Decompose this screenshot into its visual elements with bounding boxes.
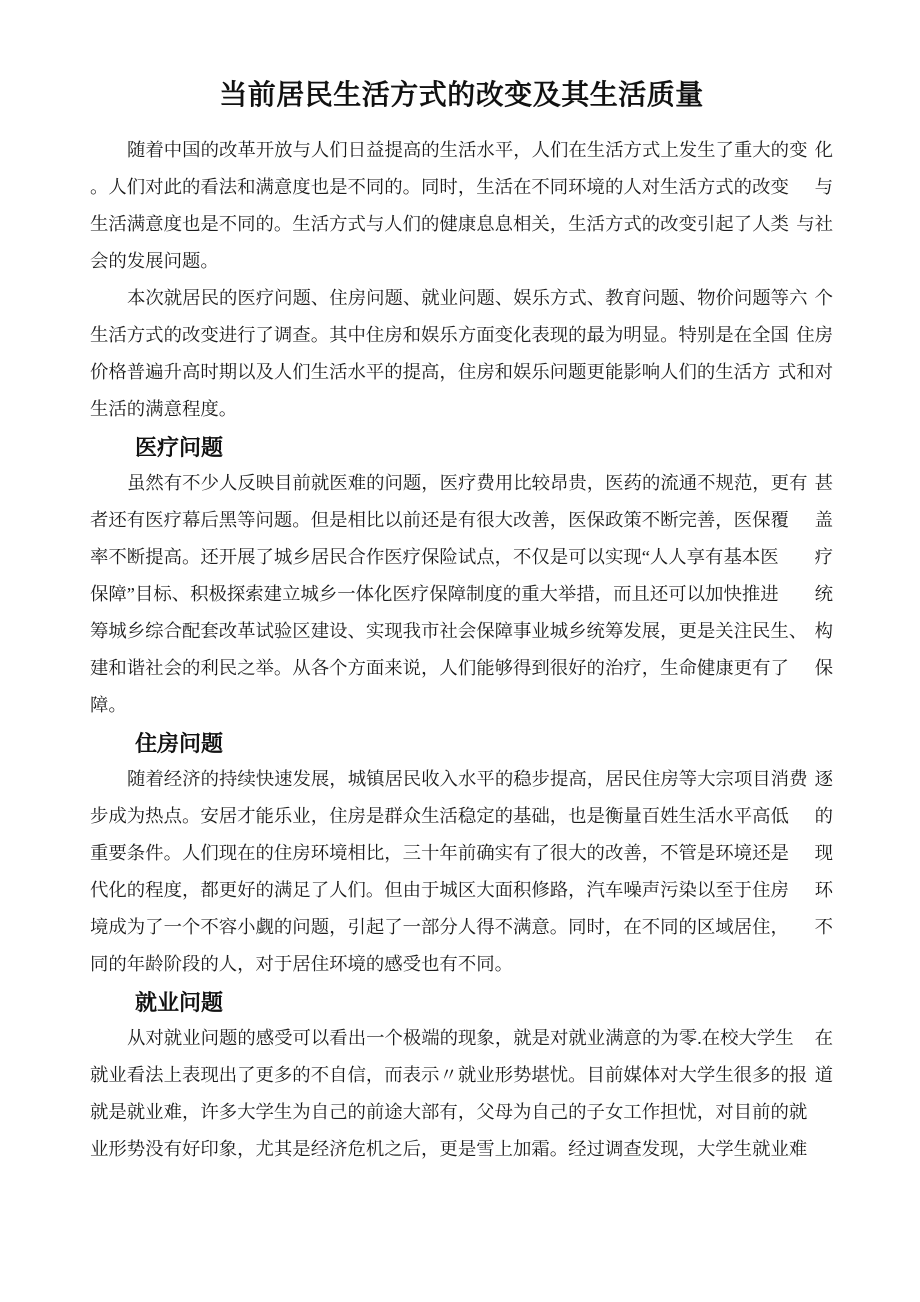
line-segment: 同的年龄阶段的人，对于居住环境的感受也有不同。 xyxy=(90,946,513,983)
line-segment: 道 xyxy=(815,1057,833,1094)
document-body: 随着中国的改革开放与人们日益提高的生活水平，人们在生活方式上发生了重大的变化。人… xyxy=(90,132,833,1168)
text-line: 本次就居民的医疗问题、住房问题、就业问题、娱乐方式、教育问题、物价问题等六个 xyxy=(90,280,833,317)
document-page: 当前居民生活方式的改变及其生活质量 随着中国的改革开放与人们日益提高的生活水平，… xyxy=(0,0,920,1302)
line-segment: 建和谐社会的利民之举。从各个方面来说，人们能够得到很好的治疗，生命健康更有了 xyxy=(90,650,789,687)
text-line: 生活方式的改变进行了调查。其中住房和娱乐方面变化表现的最为明显。特别是在全国住房 xyxy=(90,317,833,354)
line-segment: 者还有医疗幕后黑等问题。但是相比以前还是有很大改善，医保政策不断完善，医保覆 xyxy=(90,502,789,539)
text-line: 会的发展问题。 xyxy=(90,243,833,280)
line-segment: 会的发展问题。 xyxy=(90,243,219,280)
line-segment: 本次就居民的医疗问题、住房问题、就业问题、娱乐方式、教育问题、物价问题等六 xyxy=(127,280,807,317)
text-line: 就业看法上表现出了更多的不自信，而表示〃就业形势堪忧。目前媒体对大学生很多的报道 xyxy=(90,1057,833,1094)
line-segment: 不 xyxy=(815,909,833,946)
text-line: 虽然有不少人反映目前就医难的问题，医疗费用比较昂贵，医药的流通不规范，更有甚 xyxy=(90,465,833,502)
line-segment: 率不断提高。还开展了城乡居民合作医疗保险试点，不仅是可以实现“人人享有基本医 xyxy=(90,539,779,576)
line-segment: 境成为了一个不容小觑的问题，引起了一部分人得不满意。同时，在不同的区域居住， xyxy=(90,909,789,946)
text-line: 业形势没有好印象，尤其是经济危机之后，更是雪上加霜。经过调查发现，大学生就业难 xyxy=(90,1131,833,1168)
text-line: 随着经济的持续快速发展，城镇居民收入水平的稳步提高，居民住房等大宗项目消费逐 xyxy=(90,761,833,798)
line-segment: 环 xyxy=(815,872,833,909)
line-segment: 现 xyxy=(815,835,833,872)
line-segment: 就业看法上表现出了更多的不自信，而表示〃就业形势堪忧。目前媒体对大学生很多的报 xyxy=(90,1057,807,1094)
paragraph: 本次就居民的医疗问题、住房问题、就业问题、娱乐方式、教育问题、物价问题等六个生活… xyxy=(90,280,833,428)
paragraph: 从对就业问题的感受可以看出一个极端的现象，就是对就业满意的为零.在校大学生在就业… xyxy=(90,1020,833,1168)
line-segment: 疗 xyxy=(815,539,833,576)
line-segment: 逐 xyxy=(815,761,833,798)
text-line: 同的年龄阶段的人，对于居住环境的感受也有不同。 xyxy=(90,946,833,983)
line-segment: 盖 xyxy=(815,502,833,539)
text-line: 就是就业难，许多大学生为自己的前途大部有，父母为自己的子女工作担忧，对目前的就 xyxy=(90,1094,833,1131)
text-line: 步成为热点。安居才能乐业，住房是群众生活稳定的基础，也是衡量百姓生活水平高低的 xyxy=(90,798,833,835)
line-segment: 业形势没有好印象，尤其是经济危机之后，更是雪上加霜。经过调查发现，大学生就业难 xyxy=(90,1131,807,1168)
text-line: 障。 xyxy=(90,687,833,724)
line-segment: 步成为热点。安居才能乐业，住房是群众生活稳定的基础，也是衡量百姓生活水平高低 xyxy=(90,798,789,835)
line-segment: 保障”目标、积极探索建立城乡一体化医疗保障制度的重大举措，而且还可以加快推进 xyxy=(90,576,779,613)
line-segment: 保 xyxy=(815,650,833,687)
line-segment: 与 xyxy=(815,169,833,206)
line-segment: 住房 xyxy=(796,317,833,354)
text-line: 保障”目标、积极探索建立城乡一体化医疗保障制度的重大举措，而且还可以加快推进统 xyxy=(90,576,833,613)
text-line: 随着中国的改革开放与人们日益提高的生活水平，人们在生活方式上发生了重大的变化 xyxy=(90,132,833,169)
line-segment: 与社 xyxy=(796,206,833,243)
text-line: 代化的程度，都更好的满足了人们。但由于城区大面积修路，汽车噪声污染以至于住房环 xyxy=(90,872,833,909)
text-line: 价格普遍升高时期以及人们生活水平的提高，住房和娱乐问题更能影响人们的生活方式和对 xyxy=(90,354,833,391)
text-line: 者还有医疗幕后黑等问题。但是相比以前还是有很大改善，医保政策不断完善，医保覆盖 xyxy=(90,502,833,539)
text-line: 。人们对此的看法和满意度也是不同的。同时，生活在不同环境的人对生活方式的改变与 xyxy=(90,169,833,206)
document-title: 当前居民生活方式的改变及其生活质量 xyxy=(90,78,833,112)
line-segment: 就是就业难，许多大学生为自己的前途大部有，父母为自己的子女工作担忧，对目前的就 xyxy=(90,1094,807,1131)
section-heading: 住房问题 xyxy=(90,724,833,761)
section-heading: 就业问题 xyxy=(90,983,833,1020)
line-segment: 从对就业问题的感受可以看出一个极端的现象，就是对就业满意的为零.在校大学生 xyxy=(127,1020,794,1057)
line-segment: 在 xyxy=(815,1020,833,1057)
text-line: 率不断提高。还开展了城乡居民合作医疗保险试点，不仅是可以实现“人人享有基本医疗 xyxy=(90,539,833,576)
line-segment: 虽然有不少人反映目前就医难的问题，医疗费用比较昂贵，医药的流通不规范，更有 xyxy=(127,465,807,502)
line-segment: 的 xyxy=(815,798,833,835)
line-segment: 生活的满意程度。 xyxy=(90,391,237,428)
line-segment: 障。 xyxy=(90,687,127,724)
line-segment: 随着中国的改革开放与人们日益提高的生活水平，人们在生活方式上发生了重大的变 xyxy=(127,132,807,169)
text-line: 建和谐社会的利民之举。从各个方面来说，人们能够得到很好的治疗，生命健康更有了保 xyxy=(90,650,833,687)
line-segment: 筹城乡综合配套改革试验区建设、实现我市社会保障事业城乡统筹发展，更是关注民生、 xyxy=(90,613,807,650)
paragraph: 虽然有不少人反映目前就医难的问题，医疗费用比较昂贵，医药的流通不规范，更有甚者还… xyxy=(90,465,833,724)
section-heading: 医疗问题 xyxy=(90,428,833,465)
line-segment: 价格普遍升高时期以及人们生活水平的提高，住房和娱乐问题更能影响人们的生活方 xyxy=(90,354,770,391)
line-segment: 构 xyxy=(815,613,833,650)
line-segment: 生活方式的改变进行了调查。其中住房和娱乐方面变化表现的最为明显。特别是在全国 xyxy=(90,317,789,354)
paragraph: 随着经济的持续快速发展，城镇居民收入水平的稳步提高，居民住房等大宗项目消费逐步成… xyxy=(90,761,833,983)
paragraph: 随着中国的改革开放与人们日益提高的生活水平，人们在生活方式上发生了重大的变化。人… xyxy=(90,132,833,280)
text-line: 重要条件。人们现在的住房环境相比，三十年前确实有了很大的改善，不管是环境还是现 xyxy=(90,835,833,872)
line-segment: 随着经济的持续快速发展，城镇居民收入水平的稳步提高，居民住房等大宗项目消费 xyxy=(127,761,807,798)
text-line: 生活的满意程度。 xyxy=(90,391,833,428)
line-segment: 。人们对此的看法和满意度也是不同的。同时，生活在不同环境的人对生活方式的改变 xyxy=(90,169,789,206)
line-segment: 式和对 xyxy=(778,354,833,391)
text-line: 从对就业问题的感受可以看出一个极端的现象，就是对就业满意的为零.在校大学生在 xyxy=(90,1020,833,1057)
line-segment: 统 xyxy=(815,576,833,613)
line-segment: 化 xyxy=(815,132,833,169)
line-segment: 生活满意度也是不同的。生活方式与人们的健康息息相关，生活方式的改变引起了人类 xyxy=(90,206,789,243)
text-line: 境成为了一个不容小觑的问题，引起了一部分人得不满意。同时，在不同的区域居住，不 xyxy=(90,909,833,946)
line-segment: 代化的程度，都更好的满足了人们。但由于城区大面积修路，汽车噪声污染以至于住房 xyxy=(90,872,789,909)
line-segment: 个 xyxy=(815,280,833,317)
text-line: 生活满意度也是不同的。生活方式与人们的健康息息相关，生活方式的改变引起了人类与社 xyxy=(90,206,833,243)
text-line: 筹城乡综合配套改革试验区建设、实现我市社会保障事业城乡统筹发展，更是关注民生、构 xyxy=(90,613,833,650)
line-segment: 重要条件。人们现在的住房环境相比，三十年前确实有了很大的改善，不管是环境还是 xyxy=(90,835,789,872)
line-segment: 甚 xyxy=(815,465,833,502)
